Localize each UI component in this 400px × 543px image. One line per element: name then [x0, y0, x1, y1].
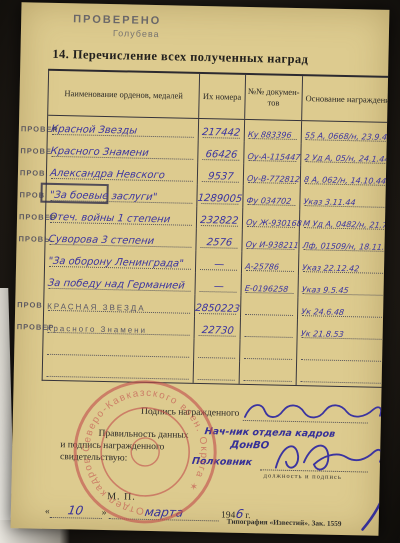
awardee-signature [241, 397, 387, 430]
document-number: А-25786 [244, 262, 279, 275]
cell-document-number [240, 318, 297, 341]
award-basis: Ук 21.8.53 [300, 329, 344, 342]
header-award-name: Наименование орденов, медалей [48, 71, 199, 118]
cell-award-number: — [195, 251, 241, 274]
provereno-margin-stamp: ПРОВЕР [21, 124, 59, 134]
cell-award-number: 217442 [198, 119, 244, 142]
writing-line [198, 357, 235, 359]
award-name: "За боевые заслуги" [49, 190, 158, 206]
award-number: 2850223 [194, 303, 240, 318]
document-number: Оу И-938211 [245, 240, 299, 253]
writing-line [301, 381, 387, 384]
document-number: Е-0196258 [244, 284, 289, 297]
cell-award-basis: 55 А, 0668/н, 23.9.43 [301, 121, 390, 145]
cell-award-number [193, 361, 239, 384]
awards-table-header: Наименование орденов, медалей Их номера … [48, 71, 389, 123]
date-day-line: 10 [50, 503, 102, 519]
cell-document-number: Оу И-938211 [241, 230, 298, 253]
award-name: Красного Знамени [47, 324, 148, 338]
award-name: Суворова 3 степени [48, 234, 155, 250]
certification-text: Правильность данных и подпись награжденн… [60, 427, 189, 466]
award-name: Отеч. войны 1 степени [48, 212, 171, 228]
document-number: Оу-В-772812 [246, 174, 300, 187]
cell-award-name [43, 336, 193, 361]
award-number: 2576 [205, 237, 232, 251]
provereno-margin-stamp: ПРОВ. [20, 168, 49, 178]
cell-document-number: Оу-А-115447 [243, 142, 300, 165]
cell-award-name: ПРОВЕР Отеч. войны 1 степени [46, 204, 196, 229]
document-number: Ку 883396 [247, 130, 292, 143]
photo-frame: ПРОВЕРЕНО Голубева 14. Перечисление всех… [0, 0, 400, 543]
cell-award-number: 22730 [194, 317, 240, 340]
writing-line [245, 314, 293, 316]
award-basis: Указ 22.12.42 [301, 263, 360, 276]
cell-document-number: Оу Ж-930168 [242, 208, 299, 231]
provereno-margin-stamp: ПРОВ [19, 190, 45, 200]
official-position-line1: Нач-ник отдела кадров [204, 426, 336, 440]
cell-award-basis: Ук 24.6.48 [297, 297, 389, 321]
cell-award-name: ПРОВ "За боевые заслуги" [46, 182, 196, 207]
cell-award-number: 232822 [196, 207, 242, 230]
award-number: — [212, 281, 224, 295]
cell-award-basis: Указ 9.5.45 [297, 275, 389, 299]
cell-award-name: ПРОВЬ. Суворова 3 степени [45, 226, 195, 251]
award-number: 22730 [200, 325, 234, 340]
position-caption: должность и подпись [264, 472, 342, 481]
writing-line [244, 358, 292, 360]
award-basis: Указ 3.11.44 [303, 197, 356, 210]
awardee-signature-label: Подпись награжденного [141, 407, 240, 419]
cell-award-number: 9537 [197, 163, 243, 186]
award-number: 9537 [207, 171, 234, 185]
cell-award-basis: М Уд А, 0482/н, 21.7.45 [299, 209, 390, 233]
writing-line [244, 380, 292, 382]
official-position-line2: ДонВО [230, 440, 270, 452]
writing-line [198, 379, 235, 381]
printing-house-note: Типография «Известий». Зак. 1559 [227, 517, 342, 528]
award-number: 1289005 [197, 193, 243, 208]
writing-line [245, 336, 293, 338]
date-line: «10» марта 1946 г. [45, 503, 251, 522]
cell-award-basis: Указ 3.11.44 [299, 187, 389, 211]
award-number: 232822 [200, 215, 240, 230]
date-day: 10 [67, 503, 85, 517]
award-name: За победу над Германией [47, 278, 186, 295]
award-basis: 55 А, 0668/н, 23.9.43 [304, 131, 389, 145]
cell-document-number [240, 296, 297, 319]
cell-award-basis: 8 А, 062/н, 14.10.44 [300, 165, 390, 189]
document-number: Оу Ж-930168 [245, 218, 302, 231]
certify-line3: свидетельствую: [60, 451, 188, 466]
header-document-number: №№ докумен­тов [244, 75, 302, 120]
cell-award-name: ПРОВ. Александра Невского [47, 160, 197, 185]
date-month: марта [143, 505, 184, 520]
header-award-basis: Основание награждения [301, 76, 389, 122]
cell-award-number: 66426 [197, 141, 243, 164]
table-body: ПРОВЕР Красной Звезды 217442 Ку 883396 5… [43, 116, 390, 387]
date-month-line: марта [109, 504, 219, 521]
award-number: 217442 [201, 127, 241, 142]
cell-award-basis: Лф, 01509/н, 18.11.44 [298, 231, 389, 255]
writing-line [47, 376, 189, 380]
document-number: Оу-А-115447 [247, 152, 301, 165]
cell-award-basis [296, 363, 390, 387]
cell-award-name: ПРОВЕР Красной Звезды [48, 116, 198, 141]
cell-award-name [43, 358, 193, 383]
cell-document-number [239, 340, 296, 363]
cell-award-name: "За оборону Ленинграда" [45, 248, 195, 273]
awardee-signature-line [243, 420, 368, 424]
cell-award-number [193, 339, 239, 362]
provereno-margin-stamp: ПРОВЕР [19, 212, 57, 222]
cell-award-basis: Указ 22.12.42 [298, 253, 390, 277]
cell-document-number [239, 362, 296, 385]
award-name: Александра Невского [49, 168, 166, 184]
award-name: Красной Звезды [50, 124, 138, 140]
section-title: 14. Перечисление всех полученных наград [52, 47, 308, 67]
awards-table: Наименование орденов, медалей Их номера … [42, 69, 390, 388]
cell-award-name: ПРОВ КРАСНАЯ ЗВЕЗДА [44, 292, 194, 317]
provereno-margin-stamp: ПРОВЕР [17, 322, 55, 332]
official-rank: Полковник [191, 456, 252, 468]
cell-award-basis: Ук 21.8.53 [297, 319, 390, 343]
provereno-stamp-signature: Голубева [113, 28, 160, 39]
award-basis: Ук 24.6.48 [300, 307, 344, 320]
award-record-card: ПРОВЕРЕНО Голубева 14. Перечисление всех… [11, 2, 390, 536]
award-name: Красного Знамени [50, 146, 150, 162]
header-award-number: Их номера [198, 74, 245, 119]
cell-award-name: ПРОВЕР Красного Знамени [44, 314, 194, 339]
cell-document-number: Ку 883396 [244, 120, 301, 143]
award-number: 66426 [204, 149, 238, 164]
cell-document-number: А-25786 [241, 252, 298, 275]
cell-award-number: 2850223 [194, 295, 240, 318]
cell-award-name: ПРОВЕ Красного Знамени [47, 138, 197, 163]
writing-line [47, 354, 189, 358]
award-basis: Указ 9.5.45 [301, 285, 349, 298]
award-basis: 2 Уд А, 05/н, 24.1.44 [304, 153, 390, 167]
award-number: — [213, 259, 225, 273]
writing-line [301, 359, 387, 362]
provereno-margin-stamp: ПРОВ [17, 300, 43, 310]
cell-award-basis: 2 Уд А, 05/н, 24.1.44 [300, 143, 389, 167]
award-name: "За оборону Ленинграда" [47, 256, 184, 273]
cell-award-name: За победу над Германией [44, 270, 194, 295]
award-basis: 8 А, 062/н, 14.10.44 [303, 175, 387, 189]
cell-document-number: Е-0196258 [240, 274, 297, 297]
cell-award-basis [296, 341, 389, 365]
award-basis: М Уд А, 0482/н, 21.7.45 [302, 219, 389, 233]
cell-document-number: Фу 034702 [242, 186, 299, 209]
cell-award-number: 2576 [195, 229, 241, 252]
award-basis: Лф, 01509/н, 18.11.44 [302, 241, 390, 255]
seal-place-mark: М. П. [107, 491, 136, 503]
award-name: КРАСНАЯ ЗВЕЗДА [47, 302, 146, 316]
provereno-margin-stamp: ПРОВЬ. [19, 234, 54, 244]
cell-award-number: — [194, 273, 240, 296]
cell-award-number: 1289005 [196, 185, 242, 208]
provereno-stamp: ПРОВЕРЕНО [73, 13, 161, 27]
provereno-margin-stamp: ПРОВЕ [20, 146, 52, 156]
pen-flourish [340, 439, 389, 535]
cell-document-number: Оу-В-772812 [243, 164, 300, 187]
document-number: Фу 034702 [246, 196, 292, 209]
quote-close: » [102, 508, 107, 518]
